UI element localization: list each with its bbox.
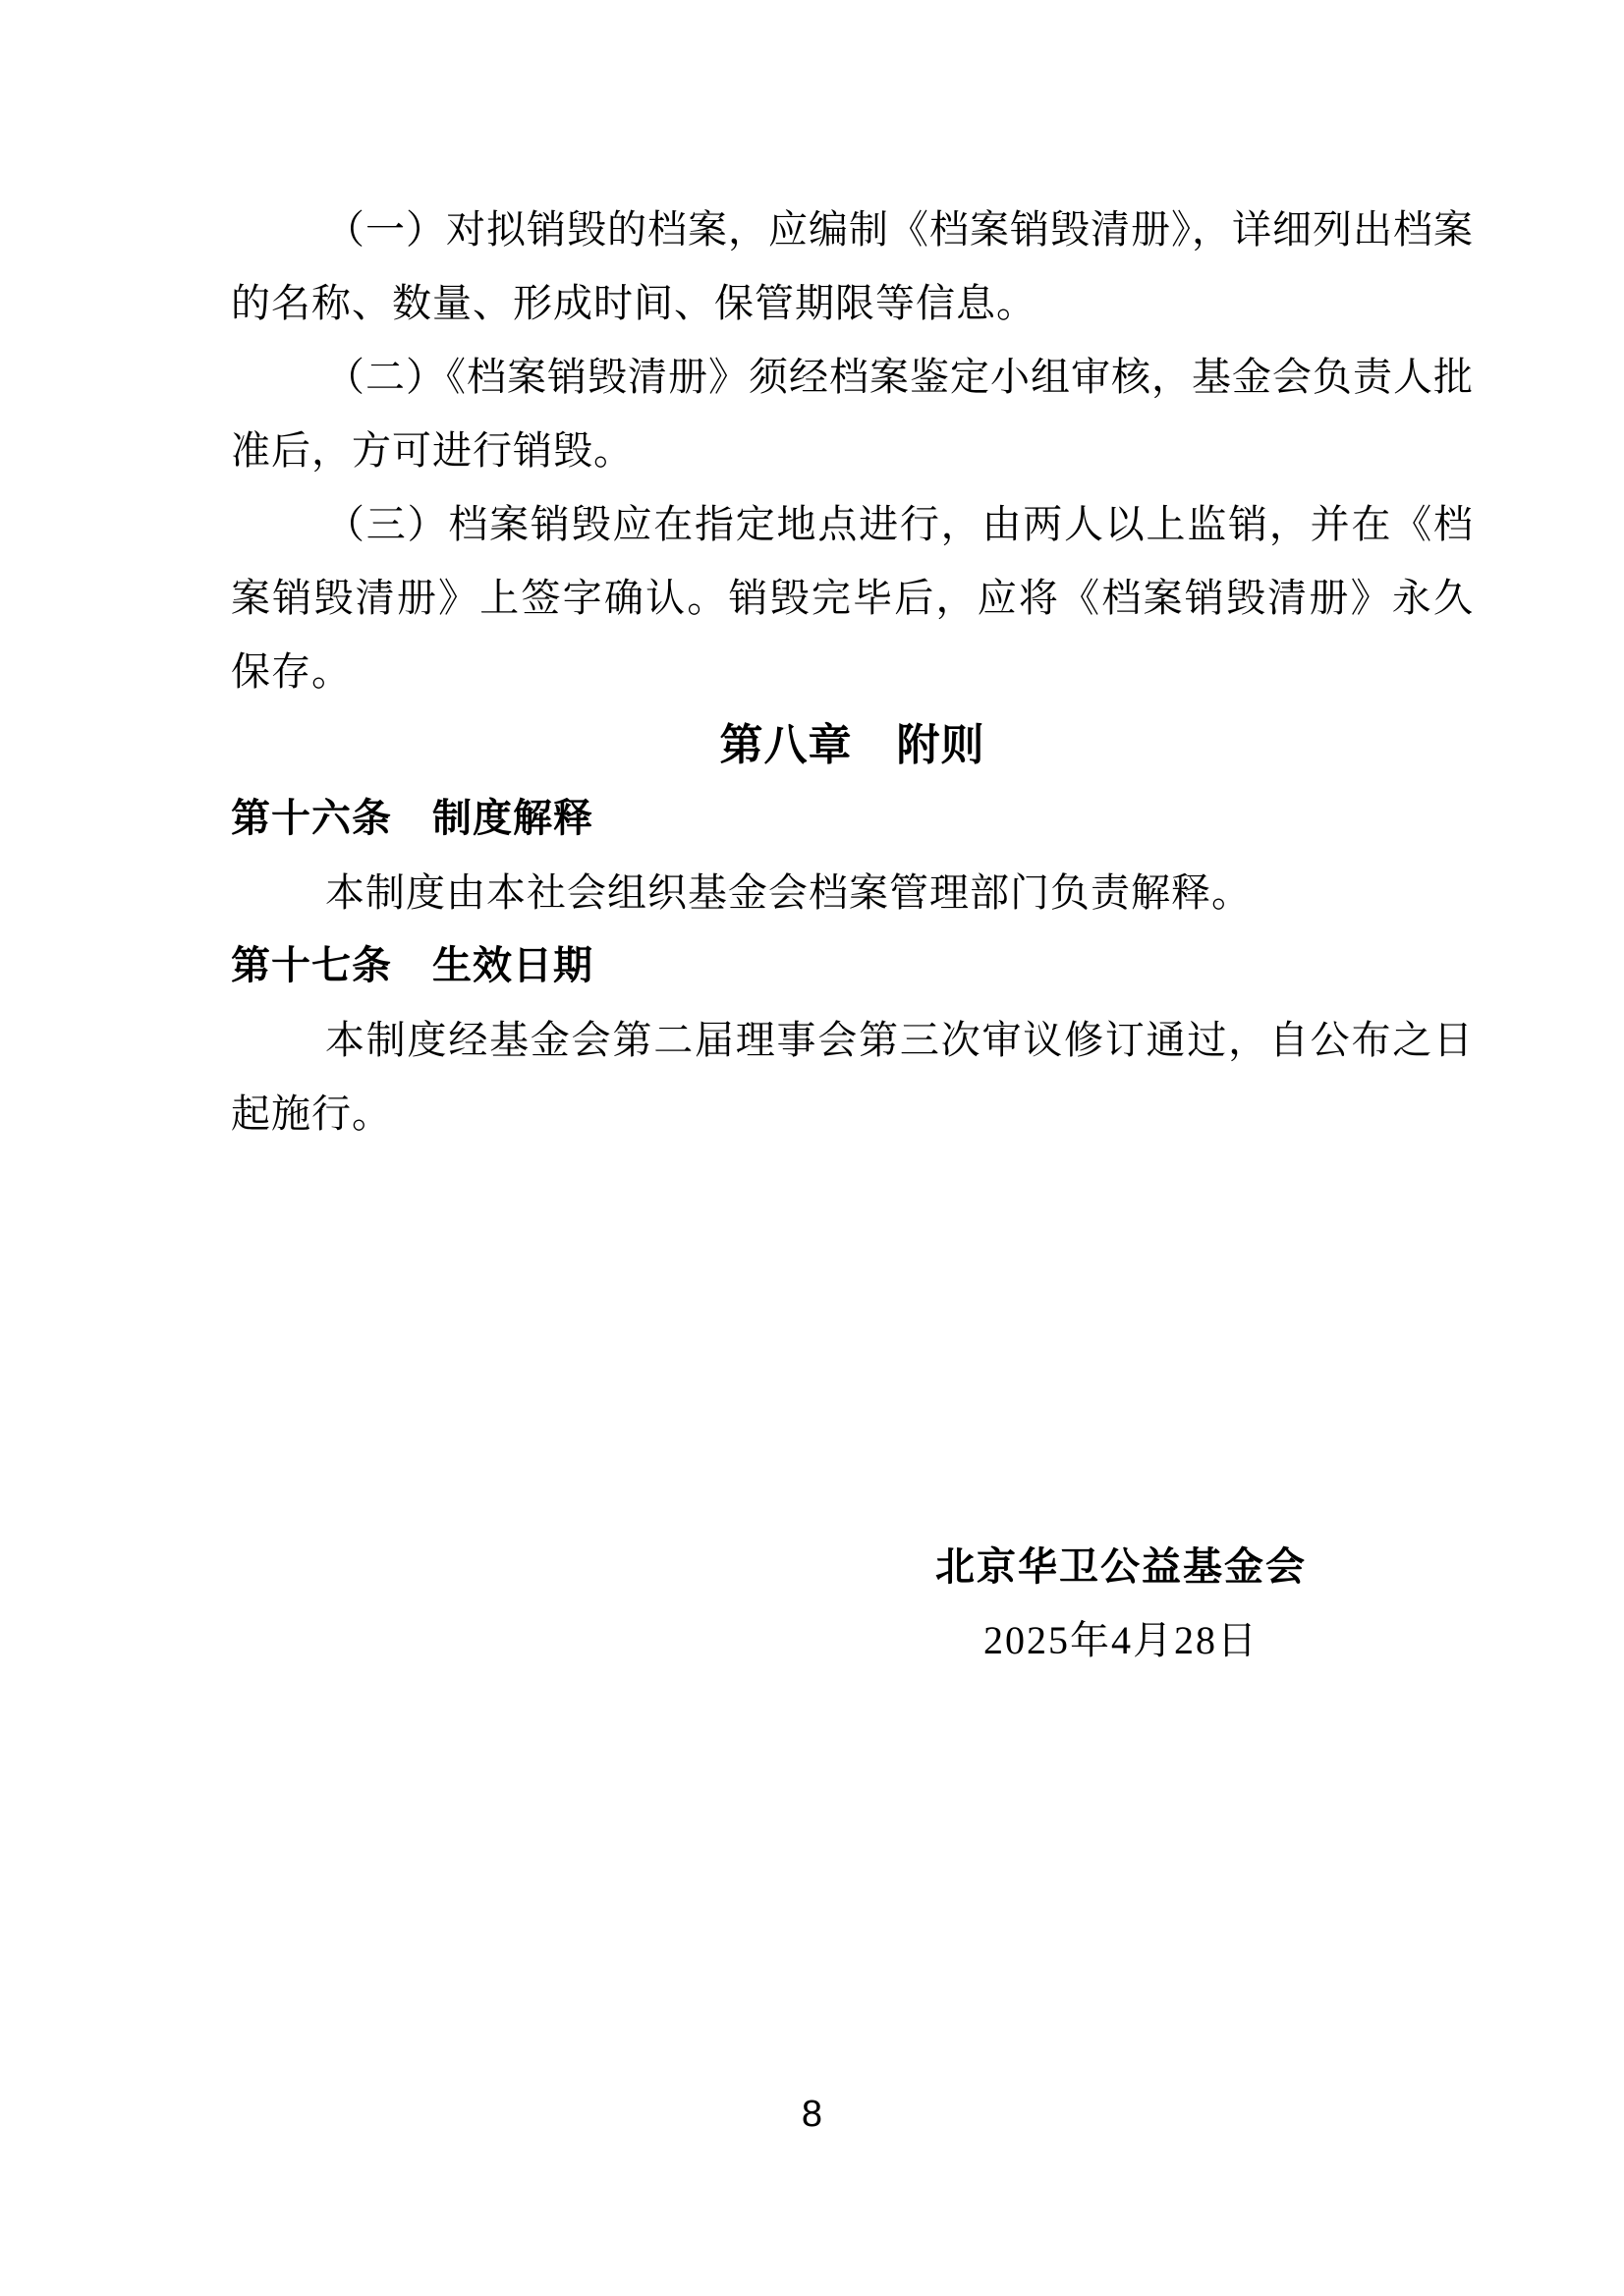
article-body-16: 本制度由本社会组织基金会档案管理部门负责解释。 (231, 856, 1474, 929)
signature-date: 2025年4月28日 (935, 1603, 1307, 1677)
clause-paragraph-1: （一）对拟销毁的档案，应编制《档案销毁清册》，详细列出档案的名称、数量、形成时间… (231, 193, 1474, 340)
document-content: （一）对拟销毁的档案，应编制《档案销毁清册》，详细列出档案的名称、数量、形成时间… (231, 193, 1474, 1677)
clause-paragraph-3: （三）档案销毁应在指定地点进行，由两人以上监销，并在《档案销毁清册》上签字确认。… (231, 487, 1474, 708)
clause-paragraph-2: （二）《档案销毁清册》须经档案鉴定小组审核，基金会负责人批准后，方可进行销毁。 (231, 340, 1474, 487)
article-heading-17: 第十七条 生效日期 (231, 929, 1474, 1003)
page-number: 8 (0, 2093, 1624, 2136)
article-heading-16: 第十六条 制度解释 (231, 782, 1474, 856)
chapter-heading: 第八章 附则 (231, 708, 1474, 782)
signature-block: 北京华卫公益基金会 2025年4月28日 (935, 1530, 1307, 1677)
document-page: （一）对拟销毁的档案，应编制《档案销毁清册》，详细列出档案的名称、数量、形成时间… (0, 0, 1624, 2296)
article-body-17: 本制度经基金会第二届理事会第三次审议修订通过，自公布之日起施行。 (231, 1003, 1474, 1150)
signature-organization: 北京华卫公益基金会 (935, 1530, 1307, 1603)
